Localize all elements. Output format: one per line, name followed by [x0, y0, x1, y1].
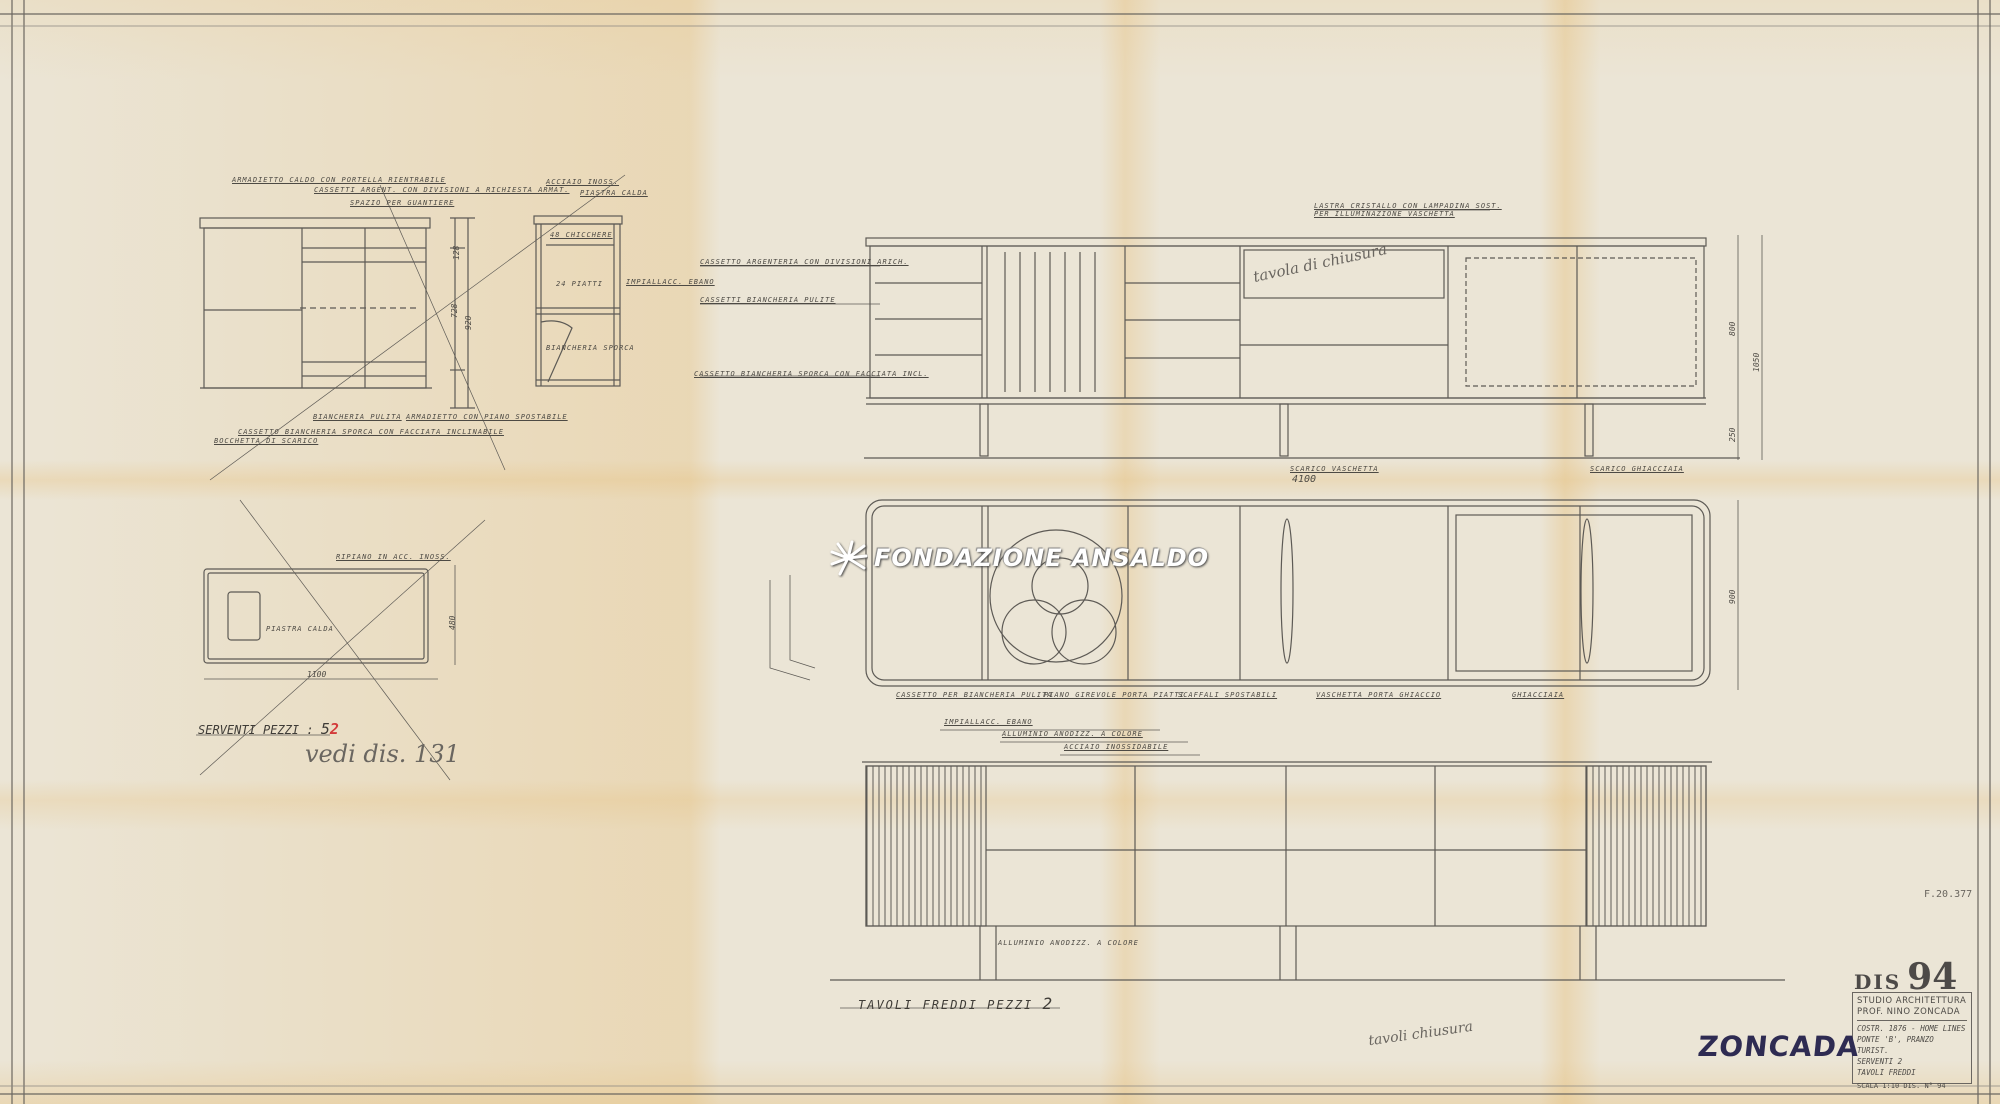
label-piano-girevole: PIANO GIREVOLE PORTA PIATTI [1044, 691, 1185, 699]
label-biancheria-sporca: BIANCHERIA SPORCA [546, 344, 635, 352]
servente-pieces-old: 5 [321, 720, 330, 738]
label-cassetto-sporca: CASSETTO BIANCHERIA SPORCA CON FACCIATA … [694, 370, 929, 378]
handwritten-note-servente: vedi dis. 131 [305, 740, 460, 768]
label-ripiano: RIPIANO IN ACC. INOSS. [336, 553, 451, 561]
drawing-number-prefix: DIS [1854, 970, 1901, 994]
title-line3: SERVENTI 2 [1857, 1056, 1967, 1067]
title-line4: TAVOLI FREDDI [1857, 1067, 1967, 1078]
title-studio-line2: PROF. NINO ZONCADA [1857, 1007, 1967, 1018]
label-cassetto-biancheria-pulita: CASSETTO PER BIANCHERIA PULITA [896, 691, 1052, 699]
dim-servente-depth: 480 [448, 616, 457, 630]
label-cassetti-argenteria: CASSETTI ARGENT. CON DIVISIONI A RICHIES… [314, 186, 570, 194]
label-back-acciaio: ACCIAIO INOSSIDABILE [1064, 743, 1168, 751]
label-base-alluminio: ALLUMINIO ANODIZZ. A COLORE [998, 939, 1139, 947]
label-ghiacciaia: GHIACCIAIA [1512, 691, 1564, 699]
scale-label: SCALA [1857, 1082, 1878, 1090]
scale-value: 1:10 [1882, 1082, 1899, 1090]
dim-height-250: 250 [1728, 428, 1737, 442]
servente-pieces-label: SERVENTI PEZZI : [198, 723, 314, 737]
title-scale-row: SCALA 1:10 DIS. N° 94 [1857, 1082, 1967, 1090]
watermark: FONDAZIONE ANSALDO [828, 538, 1209, 578]
label-vaschetta-ghiaccio: VASCHETTA PORTA GHIACCIO [1316, 691, 1441, 699]
dis-label: DIS. N° [1903, 1082, 1933, 1090]
label-armadietto-piano: ARMADIETTO CON PIANO SPOSTABILE [406, 413, 568, 421]
label-cassetto-argenteria: CASSETTO ARGENTERIA CON DIVISIONI ARICH. [700, 258, 909, 266]
label-scarico-vaschetta: SCARICO VASCHETTA [1290, 465, 1379, 473]
title-block: STUDIO ARCHITETTURA PROF. NINO ZONCADA C… [1852, 992, 1972, 1084]
tavoli-pieces-label: TAVOLI FREDDI PEZZI [858, 998, 1033, 1012]
dim-depth-900: 900 [1728, 590, 1737, 604]
title-line1: COSTR. 1876 - HOME LINES [1857, 1023, 1967, 1034]
label-scarico-ghiacciaia: SCARICO GHIACCIAIA [1590, 465, 1684, 473]
label-lastra-cristallo: LASTRA CRISTALLO CON LAMPADINA SOST. PER… [1314, 202, 1514, 218]
servente-pieces-new: 2 [330, 720, 339, 738]
ansaldo-logo-icon [828, 538, 868, 578]
label-scaffali: SCAFFALI SPOSTABILI [1178, 691, 1277, 699]
label-bocchetta: BOCCHETTA DI SCARICO [214, 437, 318, 445]
servente-pieces: SERVENTI PEZZI : 52 [198, 720, 339, 738]
label-biancheria-pulita: BIANCHERIA PULITA [313, 413, 402, 421]
dim-height-1050: 1050 [1752, 353, 1761, 372]
label-cassetto-biancheria: CASSETTO BIANCHERIA SPORCA CON FACCIATA … [238, 428, 504, 436]
title-line2: PONTE 'B', PRANZO TURIST. [1857, 1034, 1967, 1056]
label-back-impiallacc: IMPIALLACC. EBANO [944, 718, 1033, 726]
label-back-alluminio: ALLUMINIO ANODIZZ. A COLORE [1002, 730, 1143, 738]
dis-value: 94 [1937, 1082, 1945, 1090]
tavoli-pieces-value: 2 [1043, 994, 1055, 1013]
label-armadietto-caldo: ARMADIETTO CALDO CON PORTELLA RIENTRABIL… [232, 176, 446, 184]
label-chicchere: 48 CHICCHERE [550, 231, 613, 239]
dim-servente-width: 1100 [307, 670, 326, 679]
label-acciaio-inoss: ACCIAIO INOSS. [546, 178, 619, 186]
label-spazio-guantiere: SPAZIO PER GUANTIERE [350, 199, 454, 207]
label-piatti: 24 PIATTI [556, 280, 603, 288]
dim-servente-4: 728 [450, 304, 459, 318]
title-divider [1857, 1020, 1967, 1021]
drawing-sheet: ARMADIETTO CALDO CON PORTELLA RIENTRABIL… [0, 0, 2000, 1104]
label-cassetti-biancheria: CASSETTI BIANCHERIA PULITE [700, 296, 836, 304]
dim-length-4100: 4100 [1292, 474, 1316, 485]
dim-height-800: 800 [1728, 322, 1737, 336]
title-studio-line1: STUDIO ARCHITETTURA [1857, 996, 1967, 1007]
label-piastra-plan: PIASTRA CALDA [266, 625, 334, 633]
architect-signature: ZONCADA [1696, 1030, 1861, 1063]
archive-code: F.20.377 [1924, 889, 1972, 900]
dim-servente-1: 128 [452, 246, 461, 260]
dim-servente-3: 920 [464, 316, 473, 330]
label-piastra-calda: PIASTRA CALDA [580, 189, 648, 197]
label-impiallacc: IMPIALLACC. EBANO [626, 278, 715, 286]
watermark-text: FONDAZIONE ANSALDO [874, 544, 1209, 572]
tavoli-pieces: TAVOLI FREDDI PEZZI 2 [858, 994, 1054, 1013]
